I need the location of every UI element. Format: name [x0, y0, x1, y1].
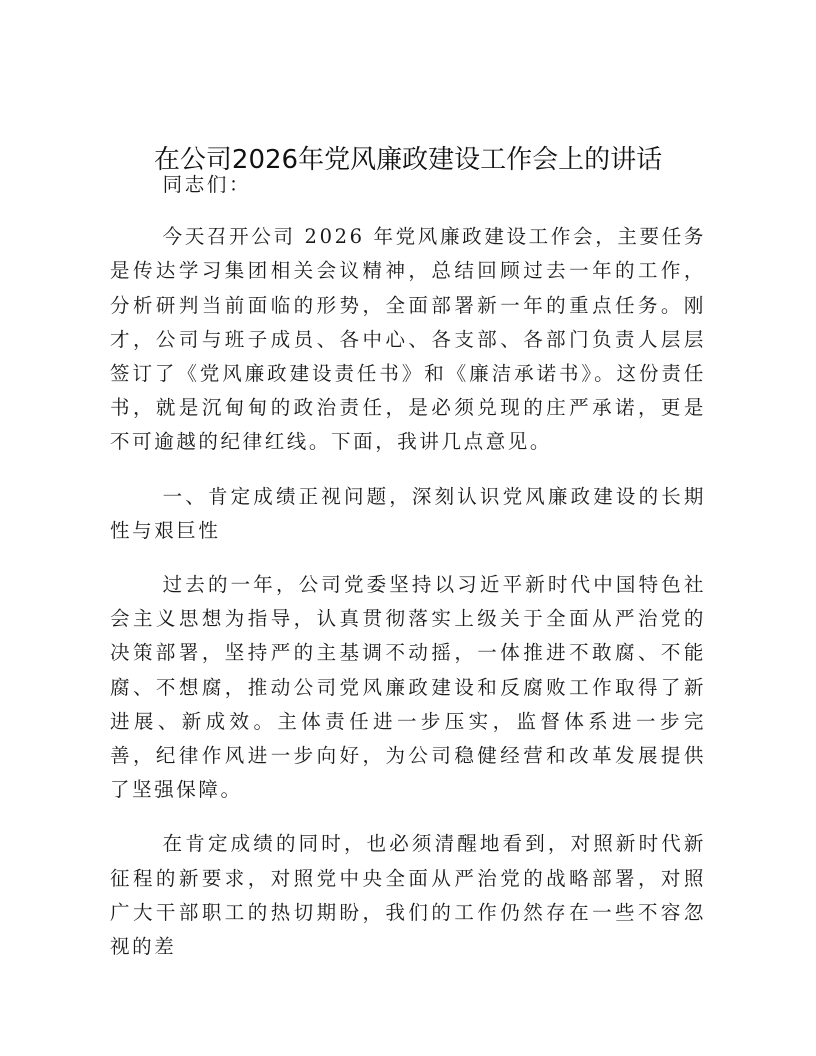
salutation: 同志们： — [110, 168, 706, 202]
section-heading-1: 一、肯定成绩正视问题，深刻认识党风廉政建设的长期性与艰巨性 — [110, 480, 706, 548]
paragraph-problems: 在肯定成绩的同时，也必须清醒地看到，对照新时代新征程的新要求，对照党中央全面从严… — [110, 827, 706, 964]
paragraph-achievements: 过去的一年，公司党委坚持以习近平新时代中国特色社会主义思想为指导，认真贯彻落实上… — [110, 568, 706, 807]
document-page: 在公司2026年党风廉政建设工作会上的讲话 同志们： 今天召开公司 2026 年… — [0, 0, 816, 1056]
paragraph-opening: 今天召开公司 2026 年党风廉政建设工作会，主要任务是传达学习集团相关会议精神… — [110, 220, 706, 459]
document-body: 同志们： 今天召开公司 2026 年党风廉政建设工作会，主要任务是传达学习集团相… — [110, 168, 706, 964]
